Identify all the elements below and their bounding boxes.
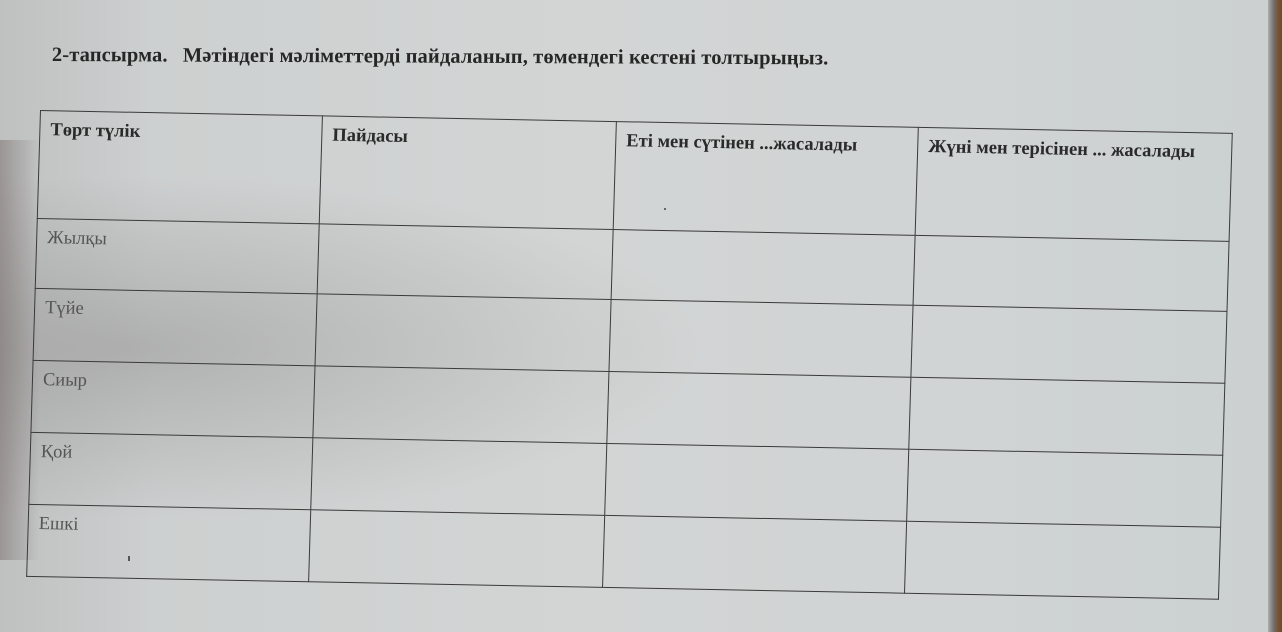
meat-milk-cell[interactable]: [607, 371, 911, 449]
wool-skin-cell[interactable]: [911, 305, 1227, 383]
benefit-cell[interactable]: [315, 294, 611, 372]
paper-edge: [1268, 0, 1282, 632]
animal-cell: Сиыр: [31, 360, 315, 437]
benefit-cell[interactable]: [313, 366, 609, 444]
wool-skin-cell[interactable]: [904, 521, 1220, 599]
meat-milk-cell[interactable]: [605, 443, 909, 521]
header-benefit: Пайдасы: [319, 116, 616, 230]
pen-dot: [664, 208, 666, 210]
animal-cell: Қой: [29, 432, 313, 509]
task-heading: 2-тапсырма. Мәтіндегі мәліметтерді пайда…: [52, 44, 829, 70]
benefit-cell[interactable]: [311, 438, 607, 516]
task-label: 2-тапсырма.: [52, 44, 168, 67]
pen-mark: [128, 556, 130, 561]
worksheet-table: Төрт түлік Пайдасы Еті мен сүтінен ...жа…: [26, 110, 1233, 600]
animal-cell: Ешкі: [27, 504, 311, 581]
wool-skin-cell[interactable]: [907, 449, 1223, 527]
wool-skin-cell[interactable]: [909, 377, 1225, 455]
header-four-livestock: Төрт түлік: [37, 111, 322, 224]
header-meat-milk-products: Еті мен сүтінен ...жасалады: [613, 122, 918, 236]
animal-cell: Жылқы: [35, 218, 319, 293]
worksheet-table-container: Төрт түлік Пайдасы Еті мен сүтінен ...жа…: [26, 110, 1233, 600]
animal-cell: Түйе: [33, 288, 317, 365]
benefit-cell[interactable]: [317, 224, 613, 300]
meat-milk-cell[interactable]: [611, 230, 915, 306]
wool-skin-cell[interactable]: [913, 235, 1229, 311]
task-instruction: Мәтіндегі мәліметтерді пайдаланып, төмен…: [183, 45, 829, 70]
benefit-cell[interactable]: [309, 510, 605, 588]
header-wool-skin-products: Жүні мен терісінен ... жасалады: [915, 127, 1232, 241]
meat-milk-cell[interactable]: [609, 299, 913, 377]
meat-milk-cell[interactable]: [603, 515, 907, 593]
